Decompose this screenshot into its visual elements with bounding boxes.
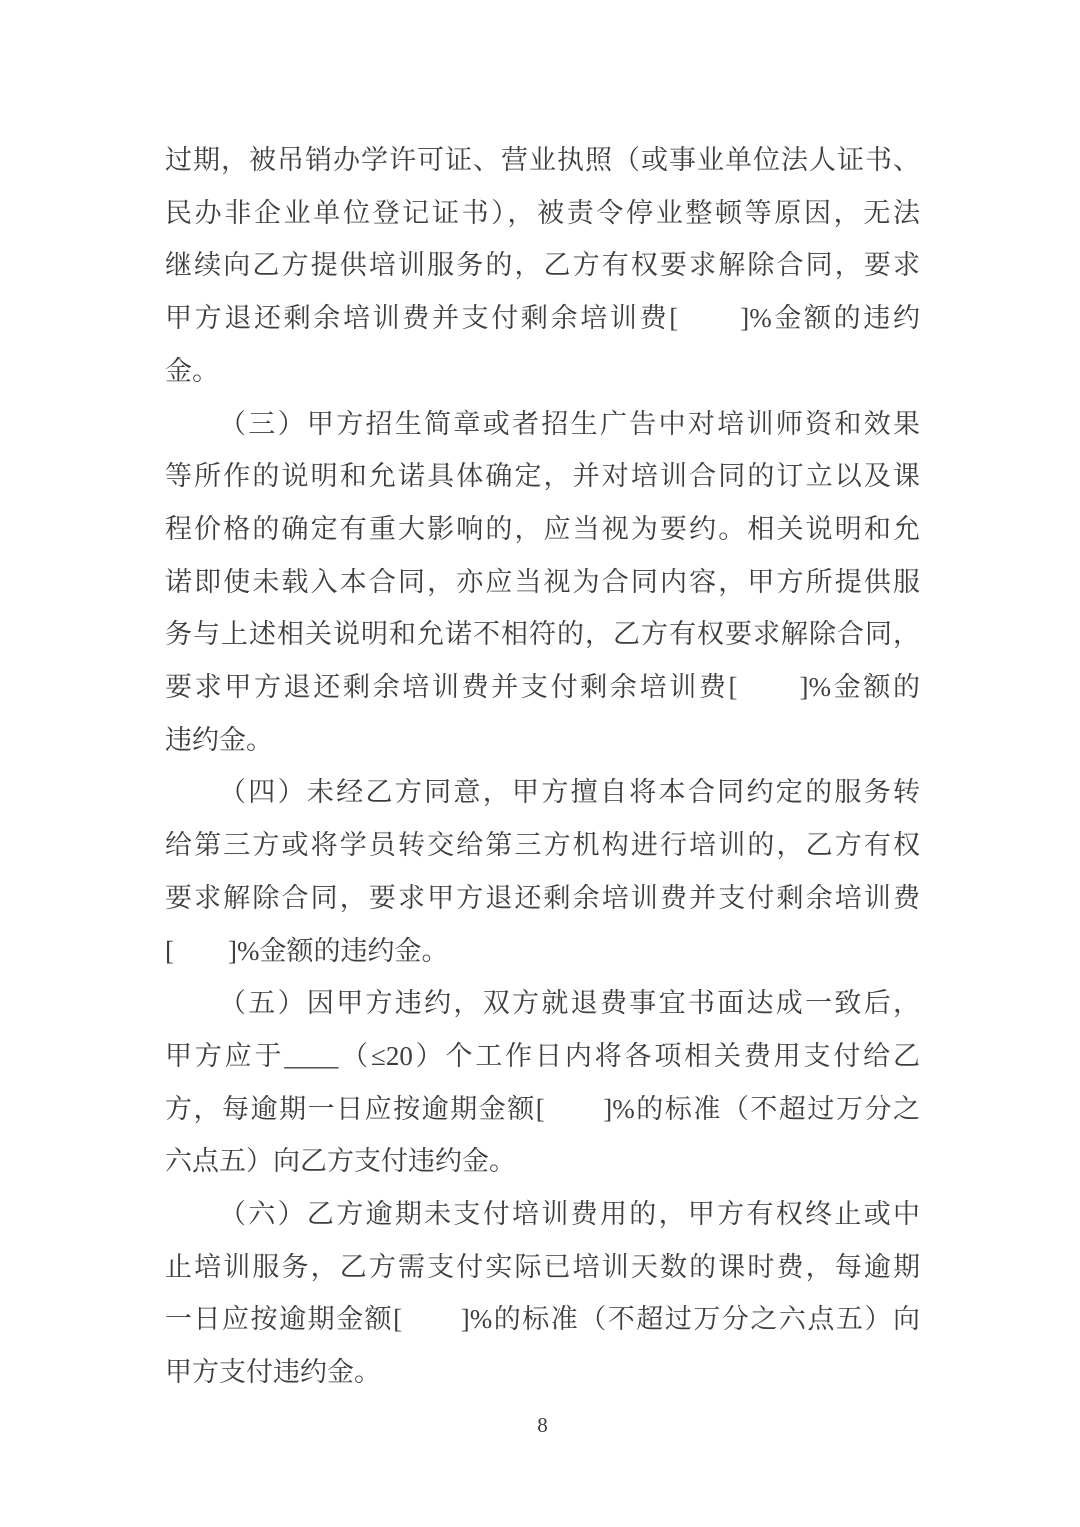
- text-line: 止培训服务，乙方需支付实际已培训天数的课时费，每逾期: [165, 1241, 920, 1294]
- text-line: 方，每逾期一日应按逾期金额[ ]%的标准（不超过万分之: [165, 1083, 920, 1136]
- paragraph-clause-5: （五）因甲方违约，双方就退费事宜书面达成一致后， 甲方应于____（≤20）个工…: [165, 977, 920, 1188]
- text-line: 民办非企业单位登记证书），被责令停业整顿等原因，无法: [165, 187, 920, 240]
- text-line: 金。: [165, 345, 920, 398]
- text-line: （三）甲方招生简章或者招生广告中对培训师资和效果: [165, 398, 920, 451]
- text-line: 甲方退还剩余培训费并支付剩余培训费[ ]%金额的违约: [165, 292, 920, 345]
- text-line: 诺即使未载入本合同，亦应当视为合同内容，甲方所提供服: [165, 556, 920, 609]
- text-line: 程价格的确定有重大影响的，应当视为要约。相关说明和允: [165, 503, 920, 556]
- text-line: 甲方应于____（≤20）个工作日内将各项相关费用支付给乙: [165, 1030, 920, 1083]
- paragraph-clause-3: （三）甲方招生简章或者招生广告中对培训师资和效果 等所作的说明和允诺具体确定，并…: [165, 398, 920, 767]
- text-line: 务与上述相关说明和允诺不相符的，乙方有权要求解除合同，: [165, 608, 920, 661]
- text-line: 六点五）向乙方支付违约金。: [165, 1135, 920, 1188]
- text-line: 甲方支付违约金。: [165, 1346, 920, 1399]
- page-number: 8: [165, 1410, 920, 1440]
- paragraph-continuation: 过期，被吊销办学许可证、营业执照（或事业单位法人证书、 民办非企业单位登记证书）…: [165, 134, 920, 398]
- text-line: 要求解除合同，要求甲方退还剩余培训费并支付剩余培训费: [165, 872, 920, 925]
- text-line: 过期，被吊销办学许可证、营业执照（或事业单位法人证书、: [165, 134, 920, 187]
- text-line: 等所作的说明和允诺具体确定，并对培训合同的订立以及课: [165, 450, 920, 503]
- text-line: 一日应按逾期金额[ ]%的标准（不超过万分之六点五）向: [165, 1293, 920, 1346]
- paragraph-clause-6: （六）乙方逾期未支付培训费用的，甲方有权终止或中 止培训服务，乙方需支付实际已培…: [165, 1188, 920, 1399]
- contract-body: 过期，被吊销办学许可证、营业执照（或事业单位法人证书、 民办非企业单位登记证书）…: [165, 134, 920, 1399]
- text-line: [ ]%金额的违约金。: [165, 925, 920, 978]
- paragraph-clause-4: （四）未经乙方同意，甲方擅自将本合同约定的服务转 给第三方或将学员转交给第三方机…: [165, 766, 920, 977]
- text-line: 给第三方或将学员转交给第三方机构进行培训的，乙方有权: [165, 819, 920, 872]
- text-line: 继续向乙方提供培训服务的，乙方有权要求解除合同，要求: [165, 239, 920, 292]
- contract-page: 过期，被吊销办学许可证、营业执照（或事业单位法人证书、 民办非企业单位登记证书）…: [0, 0, 1080, 1527]
- text-line: （六）乙方逾期未支付培训费用的，甲方有权终止或中: [165, 1188, 920, 1241]
- text-line: （五）因甲方违约，双方就退费事宜书面达成一致后，: [165, 977, 920, 1030]
- text-line: （四）未经乙方同意，甲方擅自将本合同约定的服务转: [165, 766, 920, 819]
- text-line: 违约金。: [165, 714, 920, 767]
- text-line: 要求甲方退还剩余培训费并支付剩余培训费[ ]%金额的: [165, 661, 920, 714]
